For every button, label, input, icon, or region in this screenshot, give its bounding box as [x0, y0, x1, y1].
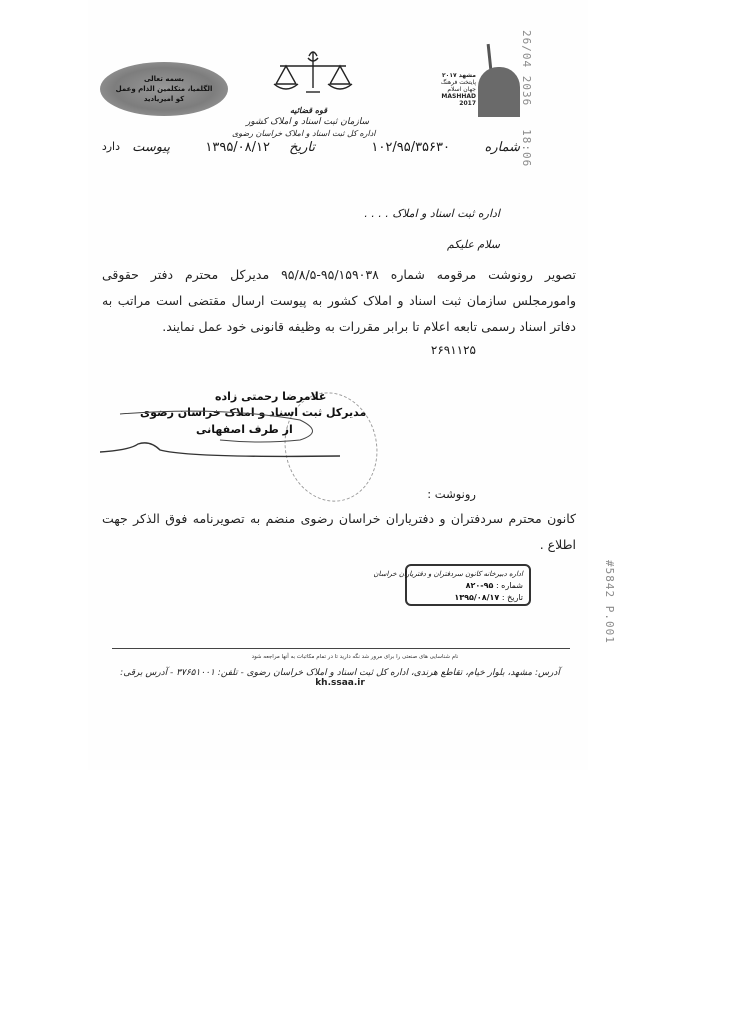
fax-date: 26/04 2036 [520, 30, 533, 106]
letter-code: ۲۶۹۱۱۲۵ [400, 343, 476, 357]
received-number-label: شماره : [496, 581, 523, 590]
footer-website: kh.ssaa.ir [315, 678, 365, 688]
event-logo-text: مشهد ۲۰۱۷ پایتخت فرهنگ جهان اسلام MASHHA… [432, 72, 476, 107]
event-logo-line-3: MASHHAD 2017 [432, 93, 476, 107]
attachment-value: دارد [102, 140, 120, 153]
event-logo-dome-icon [478, 67, 520, 117]
fax-page-ref: #5842 P.001 [603, 560, 616, 644]
judiciary-scales-emblem [268, 48, 358, 108]
oval-line-1: بسمه تعالی [144, 74, 184, 84]
letter-meta: شماره ۱۰۲/۹۵/۳۵۶۳۰ تاریخ ۱۳۹۵/۰۸/۱۲ پیوس… [100, 140, 540, 164]
date-value: ۱۳۹۵/۰۸/۱۲ [205, 140, 270, 155]
oval-line-2: الگلمیا، متکلمین الذام وعمل [116, 84, 213, 94]
date-label: تاریخ [289, 140, 315, 155]
letter-body: تصویر رونوشت مرقومه شماره ۹۵/۱۵۹۰۳۸-۹۵/۸… [102, 262, 576, 340]
oval-line-3: کو امیریادید [144, 94, 184, 104]
footer-address: آدرس: مشهد، بلوار خیام، تقاطع هرندی، ادا… [110, 668, 570, 688]
footer-notice: نام شناسایی های صنعتی را برای مرور شد نگ… [150, 654, 560, 660]
received-date-value: ۱۳۹۵/۰۸/۱۷ [454, 593, 499, 602]
greeting: سلام علیکم [400, 238, 500, 251]
footer-address-text: آدرس: مشهد، بلوار خیام، تقاطع هرندی، ادا… [120, 668, 560, 678]
recipient: اداره ثبت اسناد و املاک . . . . [300, 207, 500, 220]
header-oval-stamp: بسمه تعالی الگلمیا، متکلمین الذام وعمل ک… [100, 62, 228, 116]
cc-label: رونوشت : [400, 487, 476, 501]
handwritten-signature [100, 410, 340, 460]
received-date-label: تاریخ : [502, 593, 523, 602]
received-number-value: ۹۵-۸۲۰ [466, 581, 494, 590]
number-value: ۱۰۲/۹۵/۳۵۶۳۰ [371, 140, 450, 155]
received-stamp: اداره دبیرخانه کانون سردفتران و دفتریارا… [405, 564, 531, 606]
received-stamp-date: تاریخ : ۱۳۹۵/۰۸/۱۷ [413, 592, 523, 604]
received-stamp-header: اداره دبیرخانه کانون سردفتران و دفتریارا… [413, 568, 523, 580]
attachment-label: پیوست [132, 140, 170, 155]
number-label: شماره [485, 140, 520, 155]
footer-divider [112, 648, 570, 649]
signatory-name: غلامرضا رحمتی زاده [215, 390, 326, 403]
org-line-1: سازمان ثبت اسناد و املاک کشور [246, 117, 369, 127]
event-logo-line-1: مشهد ۲۰۱۷ [432, 72, 476, 79]
org-line-2: اداره کل ثبت اسناد و املاک خراسان رضوی [232, 129, 376, 138]
judiciary-label: قوه قضائیه [290, 106, 327, 115]
event-logo-line-2: پایتخت فرهنگ جهان اسلام [432, 79, 476, 93]
cc-text: کانون محترم سردفتران و دفتریاران خراسان … [102, 506, 576, 558]
received-stamp-number: شماره : ۹۵-۸۲۰ [413, 580, 523, 592]
